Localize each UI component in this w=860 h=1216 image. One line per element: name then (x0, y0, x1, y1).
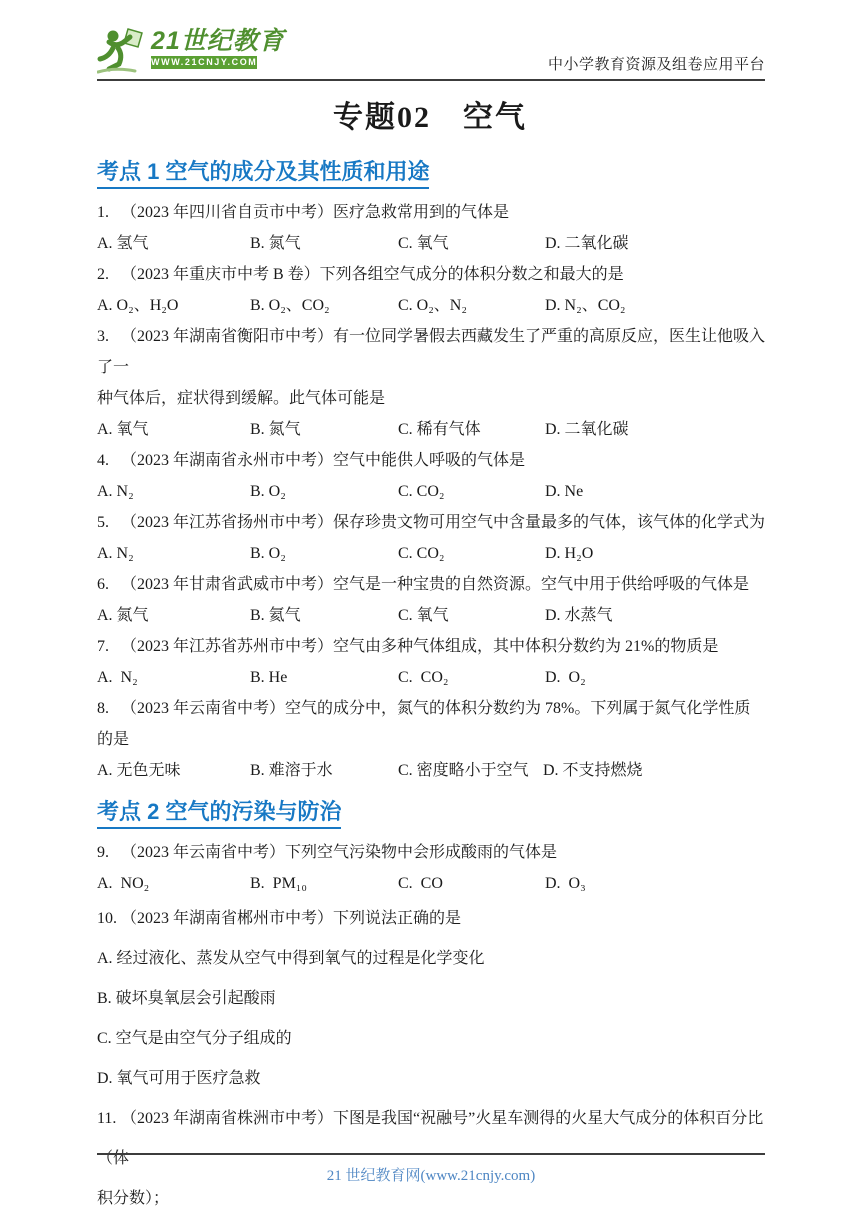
question-8-options: A. 无色无味 B. 难溶于水 C. 密度略小于空气 D. 不支持燃烧 (97, 755, 765, 786)
question-stem: （2023 年江苏省苏州市中考）空气由多种气体组成，其中体积分数约为 21%的物… (121, 638, 718, 655)
section-heading-1: 考点 1 空气的成分及其性质和用途 (97, 158, 429, 189)
content: 考点 1 空气的成分及其性质和用途 1.（2023 年四川省自贡市中考）医疗急救… (0, 138, 860, 1216)
question-number: 11. (97, 1099, 121, 1139)
question-1: 1.（2023 年四川省自贡市中考）医疗急救常用到的气体是 A. 氢气 B. 氮… (97, 197, 765, 259)
option-a: A. 经过液化、蒸发从空气中得到氧气的过程是化学变化 (97, 939, 765, 979)
question-number: 10. (97, 899, 121, 939)
brand-name: 21世纪教育 (151, 28, 285, 55)
page-header: 21世纪教育 WWW.21CNJY.COM 中小学教育资源及组卷应用平台 (97, 0, 765, 81)
logo-text: 21世纪教育 WWW.21CNJY.COM (151, 28, 285, 69)
question-number: 9. (97, 837, 121, 868)
question-stem: （2023 年湖南省衡阳市中考）有一位同学暑假去西藏发生了严重的高原反应，医生让… (97, 328, 765, 376)
question-4: 4.（2023 年湖南省永州市中考）空气中能供人呼吸的气体是 A. N₂ B. … (97, 445, 765, 507)
option-c: C. CO₂ (398, 476, 545, 507)
question-stem: （2023 年江苏省扬州市中考）保存珍贵文物可用空气中含量最多的气体，该气体的化… (121, 514, 765, 531)
question-number: 6. (97, 569, 121, 600)
page-footer: 21 世纪教育网(www.21cnjy.com) (97, 1153, 765, 1185)
question-3: 3.（2023 年湖南省衡阳市中考）有一位同学暑假去西藏发生了严重的高原反应，医… (97, 321, 765, 445)
option-d: D. 水蒸气 (545, 600, 765, 631)
question-9-options: A. NO₂ B. PM₁₀ C. CO D. O₃ (97, 868, 765, 899)
option-d: D. Ne (545, 476, 765, 507)
option-c: C. 密度略小于空气 (398, 755, 543, 786)
question-8: 8.（2023 年云南省中考）空气的成分中，氮气的体积分数约为 78%。下列属于… (97, 693, 765, 786)
question-stem-line2: 种气体后，症状得到缓解。此气体可能是 (97, 383, 765, 414)
question-7-options: A. N₂ B. He C. CO₂ D. O₂ (97, 662, 765, 693)
question-9: 9.（2023 年云南省中考）下列空气污染物中会形成酸雨的气体是 A. NO₂ … (97, 837, 765, 899)
option-d: D. 二氧化碳 (545, 228, 765, 259)
option-b: B. 破坏臭氧层会引起酸雨 (97, 979, 765, 1019)
option-c: C. 空气是由空气分子组成的 (97, 1019, 765, 1059)
platform-text: 中小学教育资源及组卷应用平台 (548, 53, 765, 79)
page-title: 专题02 空气 (0, 98, 860, 138)
option-c: C. 氧气 (398, 228, 545, 259)
option-a: A. NO₂ (97, 868, 250, 899)
option-d: D. 不支持燃烧 (543, 755, 765, 786)
question-5-options: A. N₂ B. O₂ C. CO₂ D. H₂O (97, 538, 765, 569)
option-d: D. 二氧化碳 (545, 414, 765, 445)
question-10: 10.（2023 年湖南省郴州市中考）下列说法正确的是 A. 经过液化、蒸发从空… (97, 899, 765, 1099)
brand-url: WWW.21CNJY.COM (151, 56, 257, 69)
logo: 21世纪教育 WWW.21CNJY.COM (97, 28, 285, 79)
option-a: A. 氢气 (97, 228, 250, 259)
runner-icon (97, 28, 149, 79)
option-d: D. H₂O (545, 538, 765, 569)
option-d: D. 氧气可用于医疗急救 (97, 1059, 765, 1099)
question-2: 2.（2023 年重庆市中考 B 卷）下列各组空气成分的体积分数之和最大的是 A… (97, 259, 765, 321)
question-stem: （2023 年甘肃省武威市中考）空气是一种宝贵的自然资源。空气中用于供给呼吸的气… (121, 576, 749, 593)
option-b: B. 难溶于水 (250, 755, 398, 786)
question-stem: （2023 年云南省中考）下列空气污染物中会形成酸雨的气体是 (121, 844, 557, 861)
option-b: B. O₂、CO₂ (250, 290, 398, 321)
option-c: C. CO₂ (398, 662, 545, 693)
option-d: D. N₂、CO₂ (545, 290, 765, 321)
question-2-options: A. O₂、H₂O B. O₂、CO₂ C. O₂、N₂ D. N₂、CO₂ (97, 290, 765, 321)
option-a: A. 无色无味 (97, 755, 250, 786)
question-stem: （2023 年云南省中考）空气的成分中，氮气的体积分数约为 78%。下列属于氮气… (97, 700, 750, 748)
option-a: A. O₂、H₂O (97, 290, 250, 321)
question-stem: （2023 年湖南省永州市中考）空气中能供人呼吸的气体是 (121, 452, 525, 469)
option-c: C. O₂、N₂ (398, 290, 545, 321)
question-stem: （2023 年湖南省郴州市中考）下列说法正确的是 (121, 910, 461, 927)
option-a: A. N₂ (97, 538, 250, 569)
question-number: 8. (97, 693, 121, 724)
question-number: 3. (97, 321, 121, 352)
question-6-options: A. 氮气 B. 氦气 C. 氧气 D. 水蒸气 (97, 600, 765, 631)
question-6: 6.（2023 年甘肃省武威市中考）空气是一种宝贵的自然资源。空气中用于供给呼吸… (97, 569, 765, 631)
document-page: 21世纪教育 WWW.21CNJY.COM 中小学教育资源及组卷应用平台 专题0… (0, 0, 860, 1216)
option-a: A. 氧气 (97, 414, 250, 445)
section-1-questions: 1.（2023 年四川省自贡市中考）医疗急救常用到的气体是 A. 氢气 B. 氮… (97, 197, 765, 786)
option-d: D. O₃ (545, 868, 765, 899)
option-b: B. O₂ (250, 538, 398, 569)
option-c: C. 稀有气体 (398, 414, 545, 445)
option-c: C. CO₂ (398, 538, 545, 569)
option-b: B. He (250, 662, 398, 693)
option-c: C. 氧气 (398, 600, 545, 631)
option-a: A. N₂ (97, 476, 250, 507)
question-5: 5.（2023 年江苏省扬州市中考）保存珍贵文物可用空气中含量最多的气体，该气体… (97, 507, 765, 569)
option-b: B. PM₁₀ (250, 868, 398, 899)
option-b: B. 氮气 (250, 414, 398, 445)
option-a: A. 氮气 (97, 600, 250, 631)
question-stem: （2023 年重庆市中考 B 卷）下列各组空气成分的体积分数之和最大的是 (121, 266, 624, 283)
question-4-options: A. N₂ B. O₂ C. CO₂ D. Ne (97, 476, 765, 507)
question-number: 1. (97, 197, 121, 228)
option-a: A. N₂ (97, 662, 250, 693)
option-b: B. O₂ (250, 476, 398, 507)
option-c: C. CO (398, 868, 545, 899)
question-7: 7.（2023 年江苏省苏州市中考）空气由多种气体组成，其中体积分数约为 21%… (97, 631, 765, 693)
option-b: B. 氦气 (250, 600, 398, 631)
question-number: 4. (97, 445, 121, 476)
section-heading-2: 考点 2 空气的污染与防治 (97, 798, 341, 829)
question-number: 7. (97, 631, 121, 662)
question-number: 2. (97, 259, 121, 290)
question-3-options: A. 氧气 B. 氮气 C. 稀有气体 D. 二氧化碳 (97, 414, 765, 445)
question-1-options: A. 氢气 B. 氮气 C. 氧气 D. 二氧化碳 (97, 228, 765, 259)
question-number: 5. (97, 507, 121, 538)
option-b: B. 氮气 (250, 228, 398, 259)
option-d: D. O₂ (545, 662, 765, 693)
footer-text: 21 世纪教育网(www.21cnjy.com) (327, 1164, 535, 1185)
question-stem: （2023 年四川省自贡市中考）医疗急救常用到的气体是 (121, 204, 509, 221)
